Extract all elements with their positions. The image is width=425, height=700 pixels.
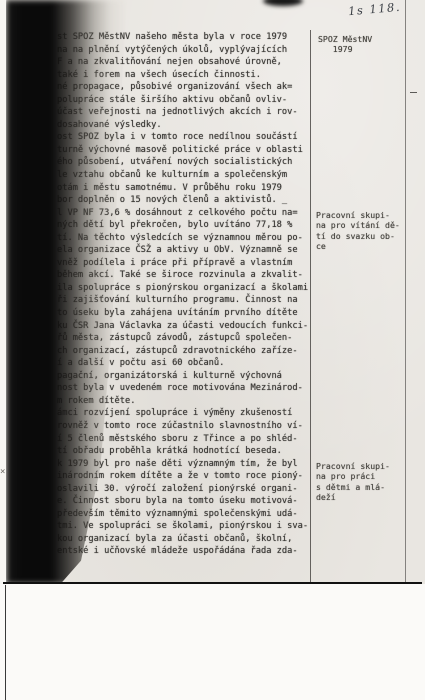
underlying-page-edge: [5, 585, 7, 700]
text-line: e. Činnost sboru byla na tomto úseku mot…: [57, 495, 313, 508]
scanned-document: 1s 118. st SPOZ MěstNV našeho města byla…: [0, 0, 425, 700]
margin-divider-line: [310, 30, 311, 584]
document-page: 1s 118. st SPOZ MěstNV našeho města byla…: [0, 0, 425, 584]
text-line: deží: [316, 492, 390, 502]
text-line: na pro vítání dě-: [316, 220, 400, 230]
scan-left-edge: [0, 0, 7, 584]
text-line: tí do svazku ob-: [316, 231, 400, 241]
pencil-mark: ×: [0, 467, 5, 477]
text-line: 1979: [318, 44, 372, 54]
text-line: Pracovní skupi-: [316, 461, 390, 471]
text-line: tmi. Ve spolupráci se školami, pionýrsko…: [57, 520, 313, 533]
page-edge-line: [405, 0, 406, 584]
margin-note-prace-s-detmi: Pracovní skupi-na pro prácis dětmi a mlá…: [316, 461, 390, 503]
text-line: Pracovní skupi-: [316, 210, 400, 220]
text-line: s dětmi a mlá-: [316, 482, 390, 492]
handwritten-page-number: 1s 118.: [347, 0, 401, 18]
scan-artifact-dash: [410, 92, 417, 93]
margin-note-spoz-1979: SPOZ MěstNV 1979: [318, 34, 372, 55]
text-line: entské i učňovské mládeže uspořádána řad…: [57, 545, 313, 558]
text-line: SPOZ MěstNV: [318, 34, 372, 44]
text-line: kou organizací byla za účasti občanů, šk…: [57, 533, 313, 546]
next-page-area: [0, 584, 425, 700]
scan-smudge: [263, 0, 303, 6]
text-line: na pro práci: [316, 471, 390, 481]
text-line: ce: [316, 241, 400, 251]
margin-note-vitani-deti: Pracovní skupi-na pro vítání dě-tí do sv…: [316, 210, 400, 252]
text-line: především těmito významnými společenským…: [57, 508, 313, 521]
page-bottom-edge: [3, 582, 422, 584]
